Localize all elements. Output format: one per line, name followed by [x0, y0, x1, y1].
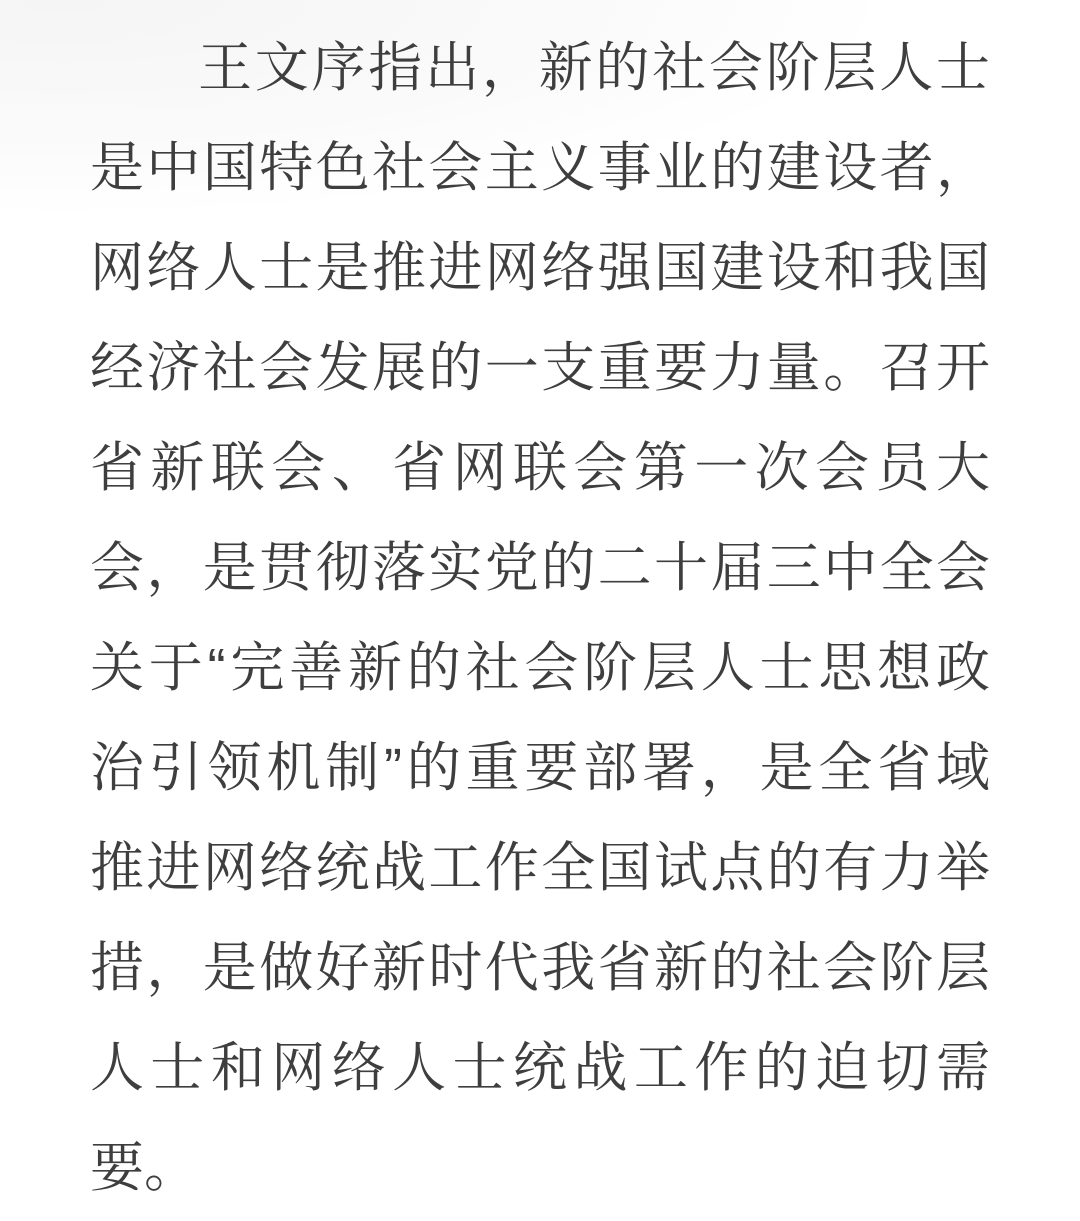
- text-line: 会，是贯彻落实党的二十届三中全会: [90, 518, 990, 618]
- text-line: 王文序指出，新的社会阶层人士: [90, 18, 990, 118]
- text-line: 是中国特色社会主义事业的建设者，: [90, 118, 990, 218]
- text-line: 关于“完善新的社会阶层人士思想政: [90, 618, 990, 718]
- text-line: 要。: [90, 1118, 990, 1218]
- text-line: 措，是做好新时代我省新的社会阶层: [90, 918, 990, 1018]
- text-line: 人士和网络人士统战工作的迫切需: [90, 1018, 990, 1118]
- text-line: 治引领机制”的重要部署，是全省域: [90, 718, 990, 818]
- article-paragraph: 王文序指出，新的社会阶层人士是中国特色社会主义事业的建设者，网络人士是推进网络强…: [90, 18, 990, 1218]
- text-line: 推进网络统战工作全国试点的有力举: [90, 818, 990, 918]
- text-line: 省新联会、省网联会第一次会员大: [90, 418, 990, 518]
- text-line: 经济社会发展的一支重要力量。召开: [90, 318, 990, 418]
- text-line: 网络人士是推进网络强国建设和我国: [90, 218, 990, 318]
